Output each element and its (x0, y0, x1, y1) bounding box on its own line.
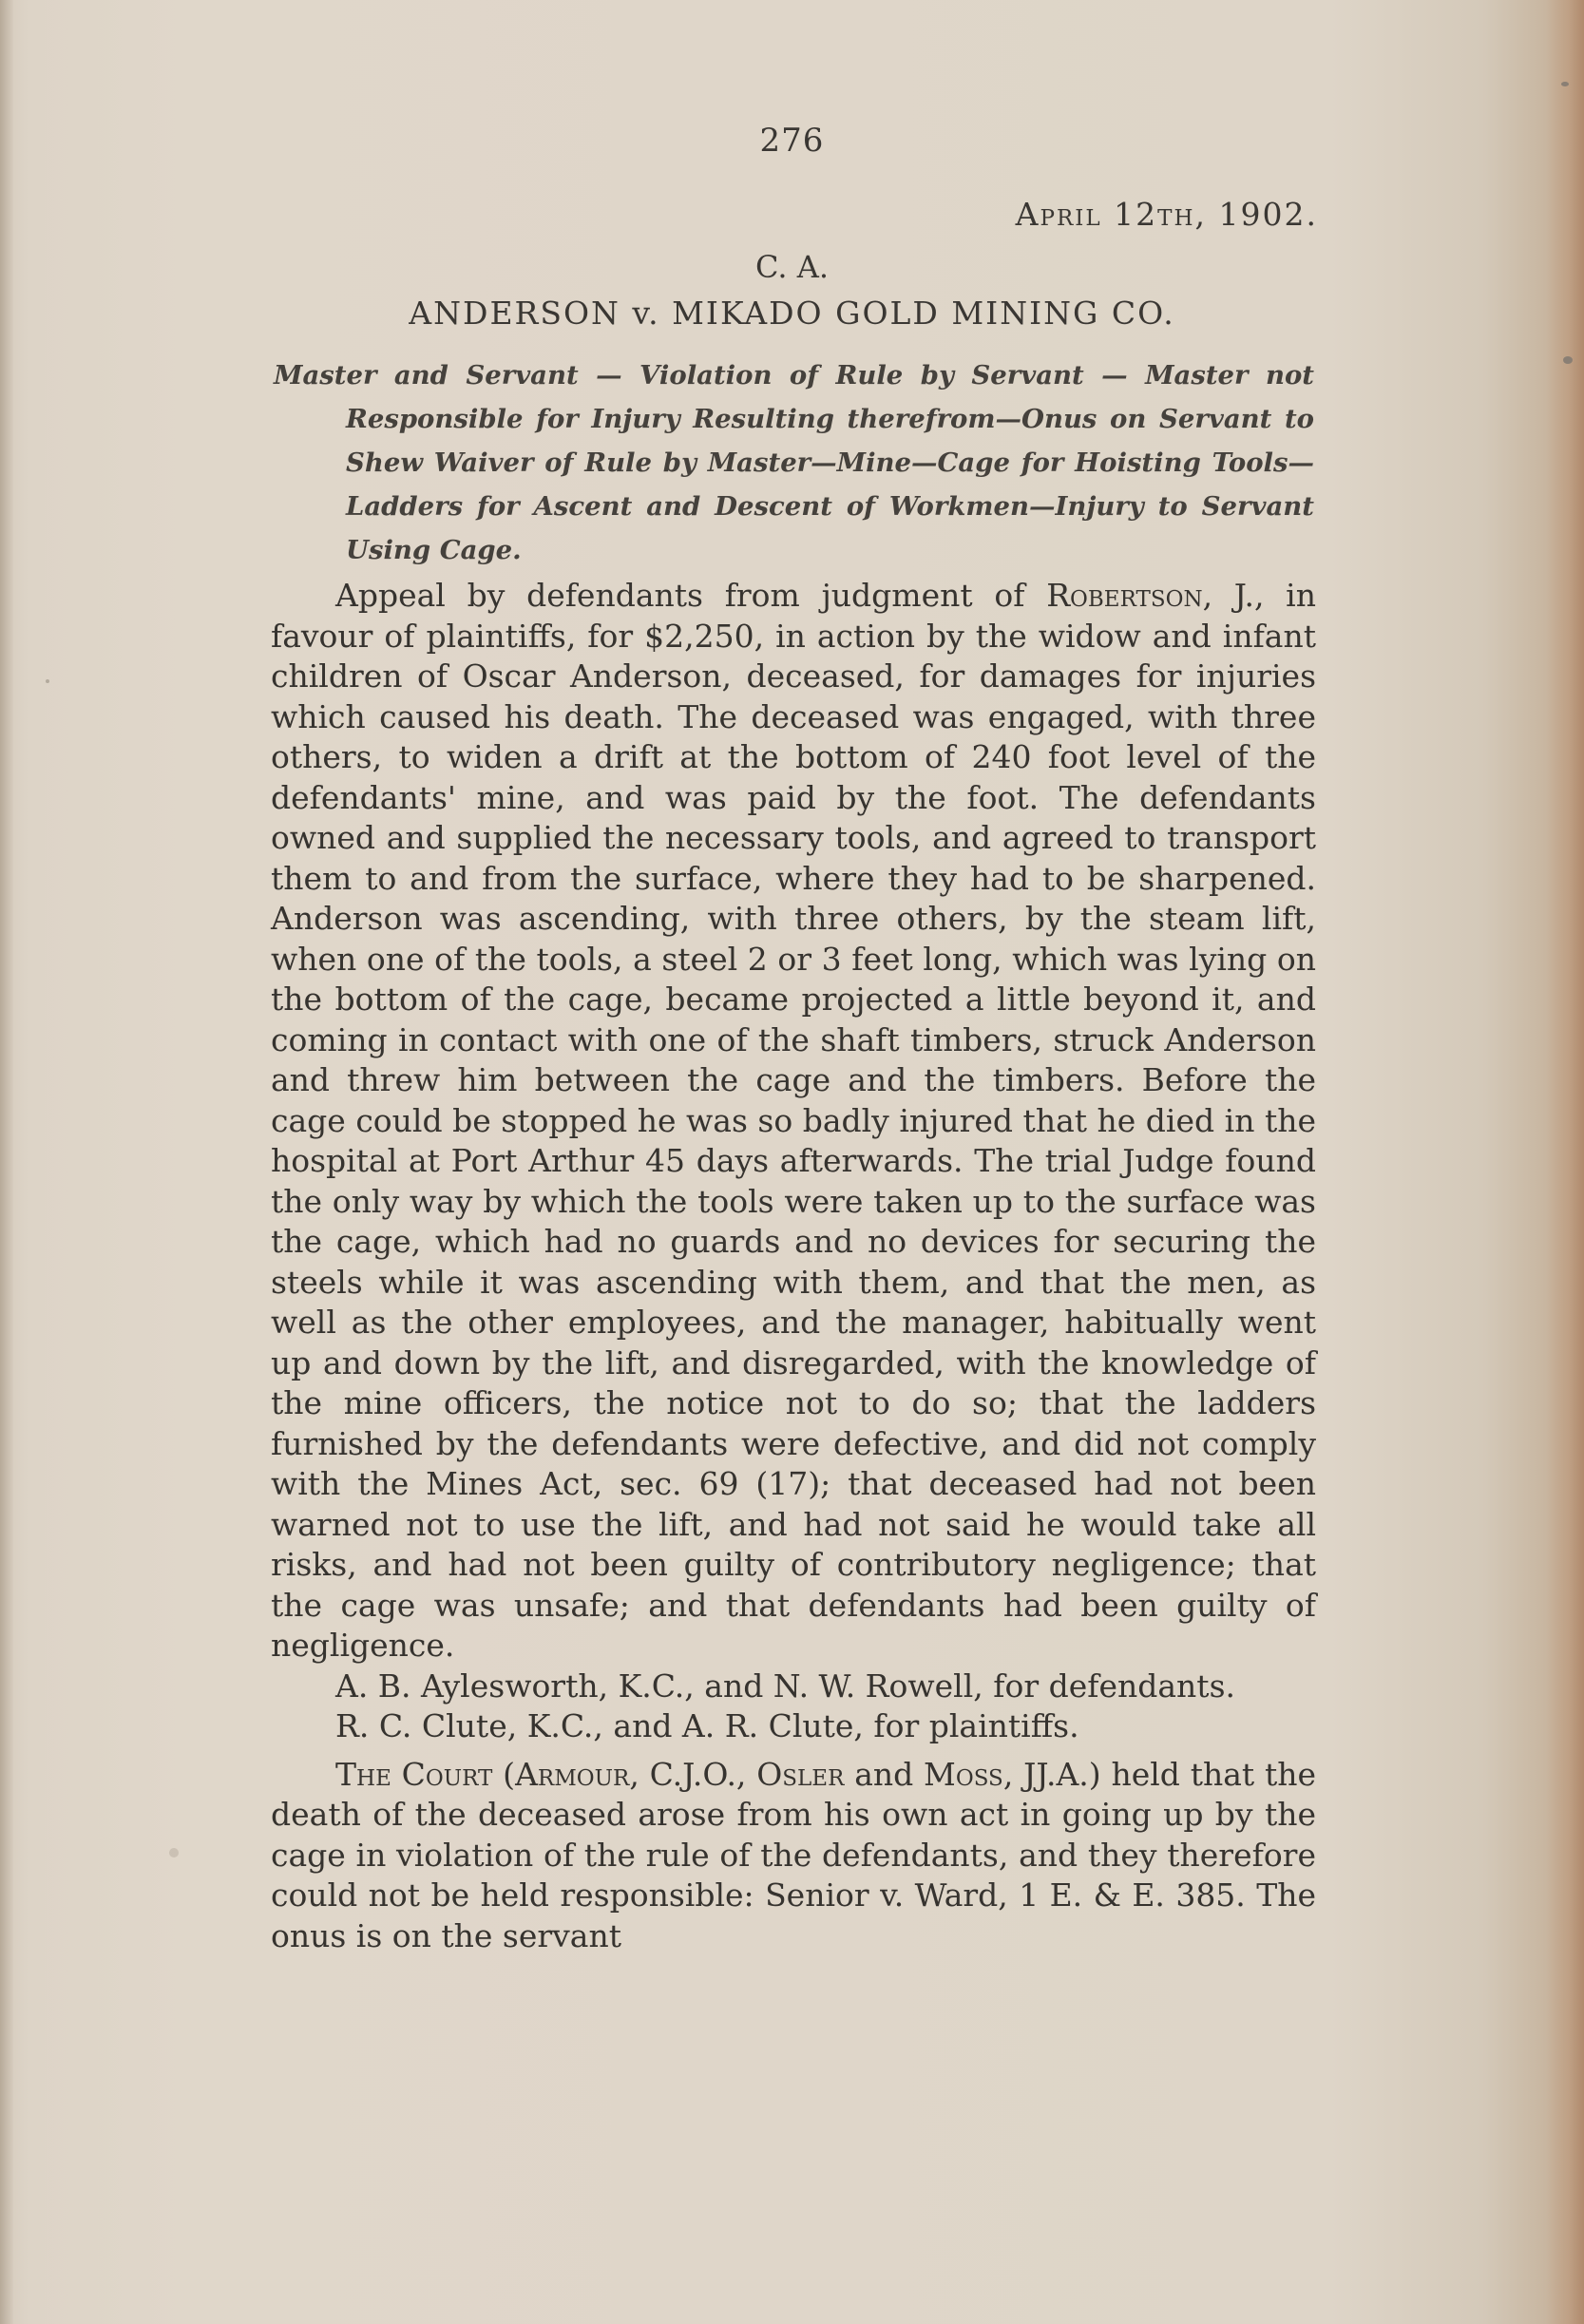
counsel-defendants: A. B. Aylesworth, K.C., and N. W. Rowell… (271, 1667, 1316, 1707)
appeal-paragraph: Appeal by defendants from judgment of Ro… (271, 576, 1316, 1667)
conjunction: and (844, 1756, 924, 1793)
page-blemish (169, 1848, 179, 1857)
case-title: ANDERSON v. MIKADO GOLD MINING CO. (0, 295, 1584, 332)
court-code: C. A. (0, 249, 1584, 285)
headnote: Master and Servant — Violation of Rule b… (274, 353, 1314, 572)
appeal-facts: , J., in favour of plaintiffs, for $2,25… (271, 577, 1316, 1664)
page-blemish (1561, 82, 1569, 86)
counsel-plaintiffs: R. C. Clute, K.C., and A. R. Clute, for … (271, 1706, 1316, 1747)
decision-date: April 12th, 1902. (1016, 196, 1318, 233)
report-body: Appeal by defendants from judgment of Ro… (271, 576, 1316, 1956)
paren-open: ( (492, 1756, 515, 1793)
page-right-edge (1546, 0, 1584, 2324)
trial-judge-name: Robertson (1046, 577, 1202, 614)
judges-title-jja: , JJ.A.) (1003, 1756, 1101, 1793)
judge-moss: Moss (924, 1756, 1003, 1793)
page-blemish (1563, 356, 1573, 364)
scanned-page: 276 April 12th, 1902. C. A. ANDERSON v. … (0, 0, 1584, 2324)
court-label: The Court (335, 1756, 492, 1793)
page-number: 276 (0, 122, 1584, 160)
judgment-paragraph: The Court (Armour, C.J.O., Osler and Mos… (271, 1755, 1316, 1957)
judge-osler: Osler (756, 1756, 844, 1793)
page-left-edge (0, 0, 13, 2324)
judge-armour: Armour (515, 1756, 629, 1793)
judge-title-cjo: , C.J.O., (629, 1756, 756, 1793)
page-blemish (46, 679, 49, 683)
appeal-lead: Appeal by defendants from judgment of (335, 577, 1046, 614)
